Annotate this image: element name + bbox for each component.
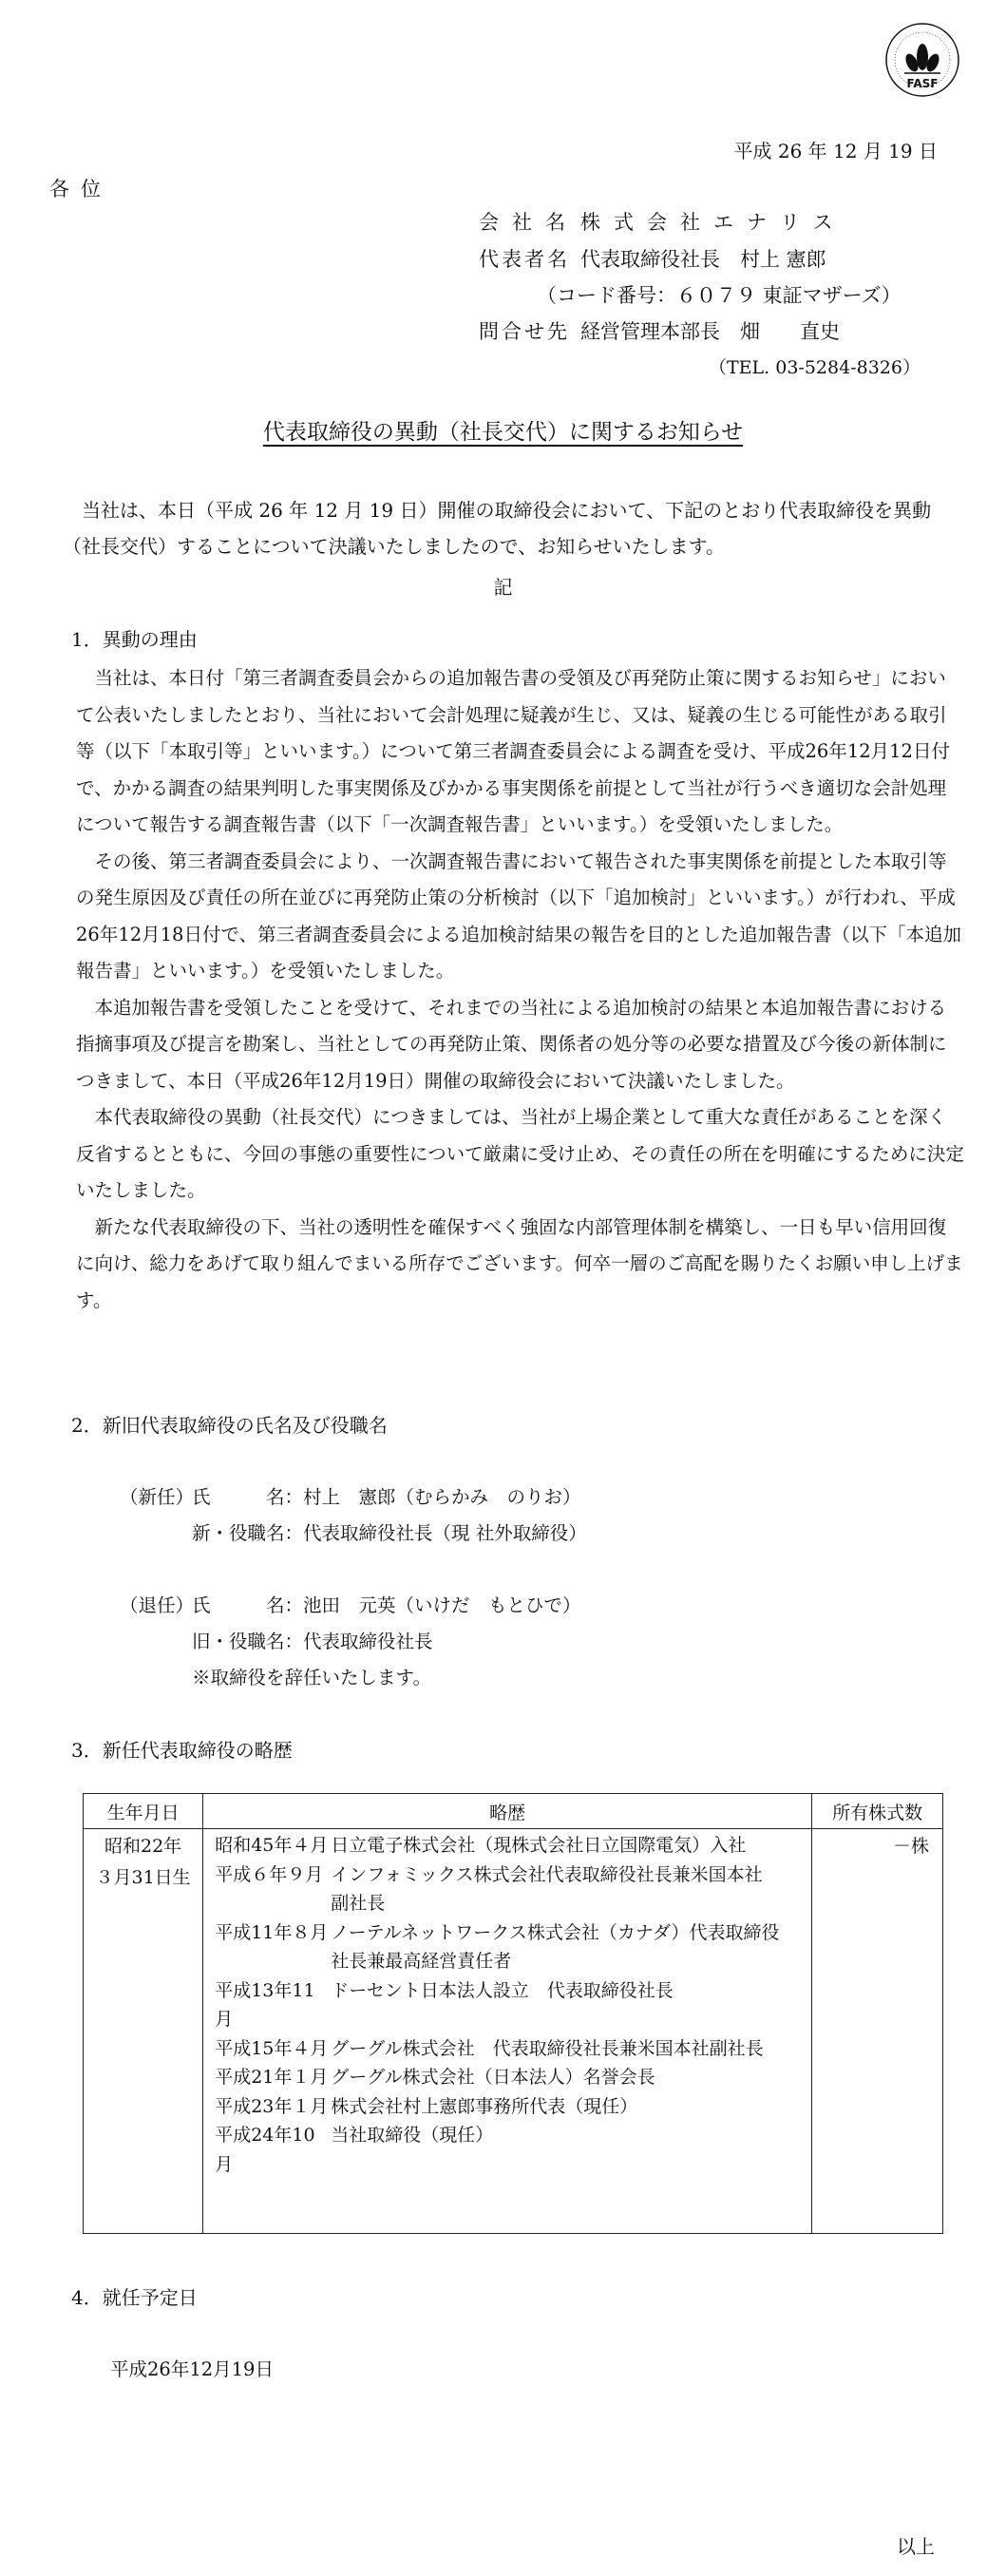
dob-line: ３月31日生 [84,1862,202,1894]
history-text: ドーセント日本法人設立 代表取締役社長 [331,1976,796,2034]
new-title-row: 新・役職名：代表取締役社長（現 社外取締役） [192,1518,587,1545]
section1-body: 当社は、本日付「第三者調査委員会からの追加報告書の受領及び再発防止策に関するお知… [76,660,964,1319]
old-title: 代表取締役社長 [303,1631,433,1652]
section4-heading: 4．就任予定日 [71,2282,198,2310]
dob-cell: 昭和22年 ３月31日生 [84,1829,203,2234]
header-history: 略歴 [203,1794,812,1829]
history-item: 平成24年10月 当社取締役（現任） [215,2121,811,2179]
history-item: 平成６年９月 インフォミックス株式会社代表取締役社長兼米国本社 副社長 [215,1860,811,1918]
history-item: 平成15年４月 グーグル株式会社 代表取締役社長兼米国本社副社長 [215,2034,811,2064]
history-text: グーグル株式会社 代表取締役社長兼米国本社副社長 [331,2034,796,2064]
new-title: 代表取締役社長（現 社外取締役） [303,1522,587,1544]
history-date: 平成21年１月 [215,2063,331,2092]
history-date: 平成13年11月 [215,1976,331,2034]
history-item: 昭和45年４月 日立電子株式会社（現株式会社日立国際電気）入社 [215,1831,811,1860]
old-tag: （退任） [120,1591,194,1617]
appointment-date: 平成26年12月19日 [110,2355,274,2381]
history-item: 平成21年１月 グーグル株式会社（日本法人）名誉会長 [215,2063,811,2092]
history-text: インフォミックス株式会社代表取締役社長兼米国本社 副社長 [331,1860,796,1918]
new-name-row: 氏 名：村上 憲郎（むらかみ のりお） [192,1482,581,1509]
company-label: 会社名 [479,207,580,236]
shares-cell: －株 [812,1829,943,2234]
section1-paragraph: 新たな代表取締役の下、当社の透明性を確保すべく強固な内部管理体制を構築し、一日も… [76,1210,964,1320]
header-dob: 生年月日 [84,1794,203,1829]
company-name: 株式会社エナリス [580,211,846,234]
history-date: 平成11年８月 [215,1918,331,1976]
section1-heading: 1．異動の理由 [71,624,198,652]
contact-name: 経営管理本部長 畑 直史 [580,320,840,343]
history-date: 平成６年９月 [215,1860,331,1918]
history-date: 平成15年４月 [215,2034,331,2064]
title-label: 新・役職名： [192,1522,303,1544]
page-title: 代表取締役の異動（社長交代）に関するお知らせ [0,414,1006,446]
table-header-row: 生年月日 略歴 所有株式数 [84,1794,943,1829]
history-cell: 昭和45年４月 日立電子株式会社（現株式会社日立国際電気）入社 平成６年９月 イ… [203,1829,812,2234]
header-shares: 所有株式数 [812,1794,943,1829]
section1-paragraph: その後、第三者調査委員会により、一次調査報告書において報告された事実関係を前提と… [76,844,964,990]
contact-row: 問合せ先経営管理本部長 畑 直史 [479,316,840,345]
svg-text:FASF: FASF [907,77,939,90]
addressee: 各位 [49,174,112,202]
history-date: 平成24年10月 [215,2121,331,2179]
history-text: ノーテルネットワークス株式会社（カナダ）代表取締役社長兼最高経営責任者 [331,1918,796,1976]
old-name: 池田 元英（いけだ もとひで） [303,1594,581,1616]
new-tag: （新任） [120,1482,194,1509]
section1-paragraph: 本代表取締役の異動（社長交代）につきましては、当社が上場企業として重大な責任があ… [76,1099,964,1210]
fasf-logo: FASF [883,21,961,99]
dob-line: 昭和22年 [84,1831,202,1862]
company-row: 会社名株式会社エナリス [479,207,846,236]
document-date: 平成 26 年 12 月 19 日 [734,136,939,163]
history-item: 平成13年11月 ドーセント日本法人設立 代表取締役社長 [215,1976,811,2034]
new-name: 村上 憲郎（むらかみ のりお） [303,1486,581,1508]
history-date: 平成23年１月 [215,2092,331,2122]
name-label: 氏 名： [192,1486,303,1508]
ki-mark: 記 [0,572,1006,600]
old-title-row: 旧・役職名：代表取締役社長 [192,1627,433,1653]
section1-paragraph: 当社は、本日付「第三者調査委員会からの追加報告書の受領及び再発防止策に関するお知… [76,660,964,844]
title-label: 旧・役職名： [192,1631,303,1652]
tel-line: （TEL. 03-5284-8326） [709,353,921,379]
section3-heading: 3．新任代表取締役の略歴 [71,1735,293,1763]
history-text: 当社取締役（現任） [331,2121,796,2179]
closing-mark: 以上 [897,2531,935,2559]
history-item: 平成23年１月 株式会社村上憲郎事務所代表（現任） [215,2092,811,2122]
career-table: 生年月日 略歴 所有株式数 昭和22年 ３月31日生 昭和45年４月 日立電子株… [83,1793,943,2234]
resignation-note: ※取締役を辞任いたします。 [192,1663,431,1689]
history-item: 平成11年８月 ノーテルネットワークス株式会社（カナダ）代表取締役社長兼最高経営… [215,1918,811,1976]
representative-row: 代表者名代表取締役社長 村上 憲郎 [479,244,826,273]
section1-paragraph: 本追加報告書を受領したことを受けて、それまでの当社による追加検討の結果と本追加報… [76,990,964,1100]
history-text: グーグル株式会社（日本法人）名誉会長 [331,2063,796,2092]
code-line: （コード番号：６０７９ 東証マザーズ） [537,280,902,309]
table-row: 昭和22年 ３月31日生 昭和45年４月 日立電子株式会社（現株式会社日立国際電… [84,1829,943,2234]
name-label: 氏 名： [192,1594,303,1616]
history-text: 株式会社村上憲郎事務所代表（現任） [331,2092,796,2122]
contact-label: 問合せ先 [479,316,580,345]
section2-heading: 2．新旧代表取締役の氏名及び役職名 [71,1410,388,1438]
history-date: 昭和45年４月 [215,1831,331,1860]
old-name-row: 氏 名：池田 元英（いけだ もとひで） [192,1591,581,1617]
history-text: 日立電子株式会社（現株式会社日立国際電気）入社 [331,1831,796,1860]
representative-label: 代表者名 [479,244,580,273]
representative-name: 代表取締役社長 村上 憲郎 [580,248,826,271]
intro-paragraph: 当社は、本日（平成 26 年 12 月 19 日）開催の取締役会において、下記の… [63,492,965,564]
